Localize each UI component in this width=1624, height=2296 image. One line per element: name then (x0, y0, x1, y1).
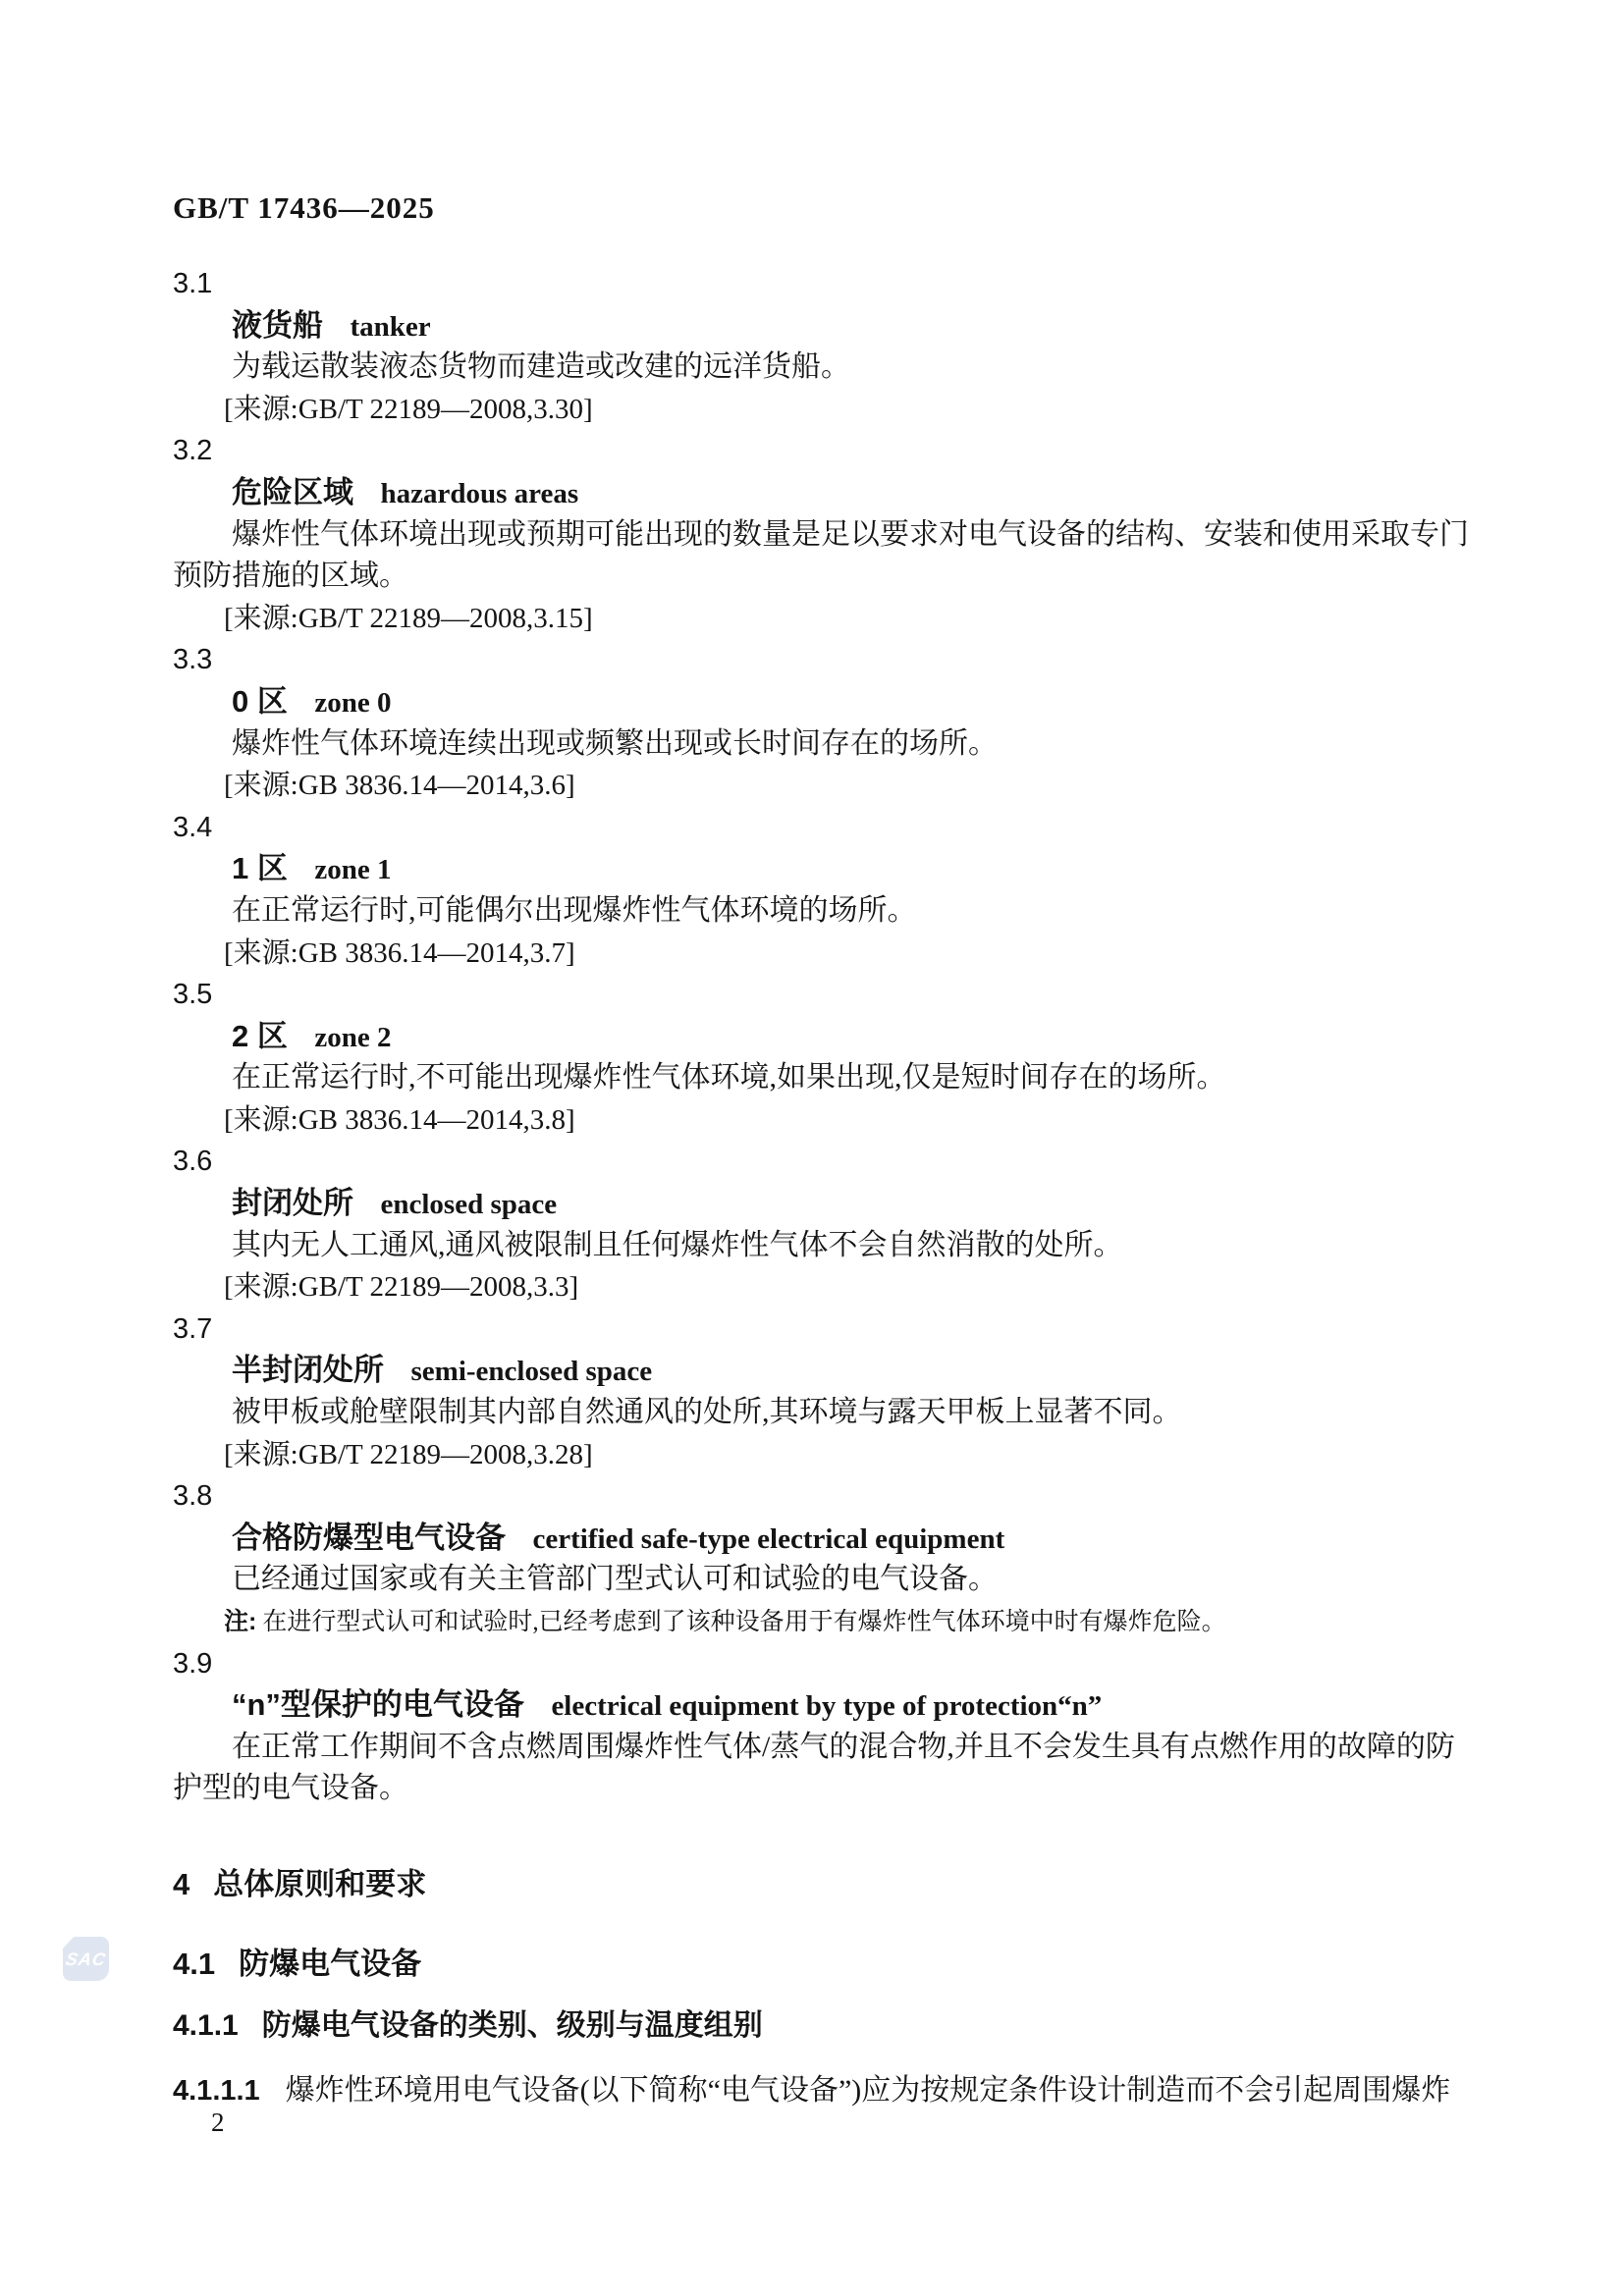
term-zh-3-9: “n”型保护的电气设备 (232, 1687, 524, 1722)
page-number: 2 (211, 2107, 225, 2138)
term-en-3-9: electrical equipment by type of protecti… (551, 1690, 1102, 1722)
term-line-3-3: 0 区 zone 0 (173, 681, 1565, 723)
term-line-3-1: 液货船 tanker (173, 305, 1565, 347)
term-line-3-7: 半封闭处所 semi-enclosed space (173, 1350, 1565, 1392)
heading-4-title: 总体原则和要求 (213, 1867, 426, 1901)
term-en-3-7: semi-enclosed space (411, 1356, 653, 1387)
source-3-5: [来源:GB 3836.14—2014,3.8] (173, 1099, 1565, 1142)
heading-4-1-title: 防爆电气设备 (239, 1947, 421, 1981)
clause-4-1-1-1: 4.1.1.1爆炸性环境用电气设备(以下简称“电气设备”)应为按规定条件设计制造… (173, 2069, 1450, 2112)
source-3-1: [来源:GB/T 22189—2008,3.30] (173, 389, 1565, 431)
term-zh-3-6: 封闭处所 (232, 1186, 353, 1220)
heading-4-1-1-title: 防爆电气设备的类别、级别与温度组别 (262, 2009, 763, 2042)
terms-and-definitions-block: 3.1 液货船 tanker 为载运散装液态货物而建造或改建的远洋货船。 [来源… (173, 263, 1565, 1810)
definition-3-9-line-1: 在正常工作期间不含点燃周围爆炸性气体/蒸气的混合物,并且不会发生具有点燃作用的故… (173, 1727, 1565, 1769)
clause-4-1-1-1-number: 4.1.1.1 (173, 2075, 260, 2107)
term-zh-3-4: 1 区 (232, 851, 288, 885)
section-number-3-9: 3.9 (173, 1643, 1565, 1685)
definition-3-5: 在正常运行时,不可能出现爆炸性气体环境,如果出现,仅是短时间存在的场所。 (173, 1057, 1565, 1099)
term-zh-3-8: 合格防爆型电气设备 (232, 1521, 506, 1555)
definition-3-6: 其内无人工通风,通风被限制且任何爆炸性气体不会自然消散的处所。 (173, 1225, 1565, 1267)
definition-3-4: 在正常运行时,可能偶尔出现爆炸性气体环境的场所。 (173, 890, 1565, 933)
heading-clause-4-1: 4.1防爆电气设备 (173, 1943, 421, 1986)
source-3-4: [来源:GB 3836.14—2014,3.7] (173, 933, 1565, 975)
term-en-3-1: tanker (351, 311, 431, 343)
heading-clause-4-1-1: 4.1.1防爆电气设备的类别、级别与温度组别 (173, 2004, 763, 2048)
source-3-2: [来源:GB/T 22189—2008,3.15] (173, 598, 1565, 640)
term-line-3-2: 危险区域 hazardous areas (173, 472, 1565, 514)
standard-document-page: GB/T 17436—2025 3.1 液货船 tanker 为载运散装液态货物… (0, 0, 1624, 2296)
section-number-3-7: 3.7 (173, 1308, 1565, 1351)
section-number-3-6: 3.6 (173, 1141, 1565, 1183)
term-en-3-8: certified safe-type electrical equipment (533, 1523, 1005, 1555)
term-en-3-3: zone 0 (314, 687, 391, 719)
section-number-3-1: 3.1 (173, 263, 1565, 305)
term-line-3-5: 2 区 zone 2 (173, 1016, 1565, 1058)
note-label: 注: (224, 1608, 256, 1635)
source-3-7: [来源:GB/T 22189—2008,3.28] (173, 1434, 1565, 1476)
section-number-3-8: 3.8 (173, 1475, 1565, 1518)
definition-3-1: 为载运散装液态货物而建造或改建的远洋货船。 (173, 347, 1565, 389)
term-en-3-5: zone 2 (314, 1022, 391, 1053)
note-text: 在进行型式认可和试验时,已经考虑到了该种设备用于有爆炸性气体环境中时有爆炸危险。 (262, 1609, 1225, 1635)
section-number-3-5: 3.5 (173, 974, 1565, 1016)
source-3-6: [来源:GB/T 22189—2008,3.3] (173, 1266, 1565, 1308)
term-line-3-4: 1 区 zone 1 (173, 848, 1565, 890)
definition-3-2-line-1: 爆炸性气体环境出现或预期可能出现的数量是足以要求对电气设备的结构、安装和使用采取… (173, 514, 1565, 557)
section-number-3-2: 3.2 (173, 430, 1565, 472)
term-zh-3-1: 液货船 (232, 308, 323, 343)
term-en-3-2: hazardous areas (381, 478, 579, 509)
heading-4-number: 4 (173, 1867, 189, 1901)
term-line-3-6: 封闭处所 enclosed space (173, 1183, 1565, 1225)
clause-4-1-1-1-text: 爆炸性环境用电气设备(以下简称“电气设备”)应为按规定条件设计制造而不会引起周围… (286, 2074, 1451, 2107)
source-3-3: [来源:GB 3836.14—2014,3.6] (173, 765, 1565, 807)
section-number-3-3: 3.3 (173, 639, 1565, 681)
document-code-header: GB/T 17436—2025 (173, 190, 435, 226)
term-zh-3-5: 2 区 (232, 1019, 288, 1053)
term-line-3-8: 合格防爆型电气设备 certified safe-type electrical… (173, 1518, 1565, 1560)
definition-3-3: 爆炸性气体环境连续出现或频繁出现或长时间存在的场所。 (173, 723, 1565, 766)
heading-4-1-1-number: 4.1.1 (173, 2009, 239, 2042)
term-zh-3-2: 危险区域 (232, 475, 353, 509)
definition-3-8: 已经通过国家或有关主管部门型式认可和试验的电气设备。 (173, 1559, 1565, 1601)
section-number-3-4: 3.4 (173, 807, 1565, 849)
sac-logo-text: SAC (57, 1949, 115, 1970)
note-3-8: 注:在进行型式认可和试验时,已经考虑到了该种设备用于有爆炸性气体环境中时有爆炸危… (173, 1601, 1565, 1643)
heading-clause-4: 4总体原则和要求 (173, 1863, 426, 1906)
definition-3-9-line-2: 护型的电气设备。 (173, 1768, 1565, 1810)
definition-3-7: 被甲板或舱壁限制其内部自然通风的处所,其环境与露天甲板上显著不同。 (173, 1392, 1565, 1434)
definition-3-2-line-2: 预防措施的区域。 (173, 556, 1565, 598)
sac-watermark-logo: SAC (63, 1937, 109, 1981)
term-line-3-9: “n”型保护的电气设备 electrical equipment by type… (173, 1684, 1565, 1727)
term-zh-3-7: 半封闭处所 (232, 1353, 384, 1387)
heading-4-1-number: 4.1 (173, 1947, 215, 1981)
term-en-3-6: enclosed space (381, 1189, 558, 1220)
term-zh-3-3: 0 区 (232, 684, 288, 719)
term-en-3-4: zone 1 (314, 854, 391, 885)
